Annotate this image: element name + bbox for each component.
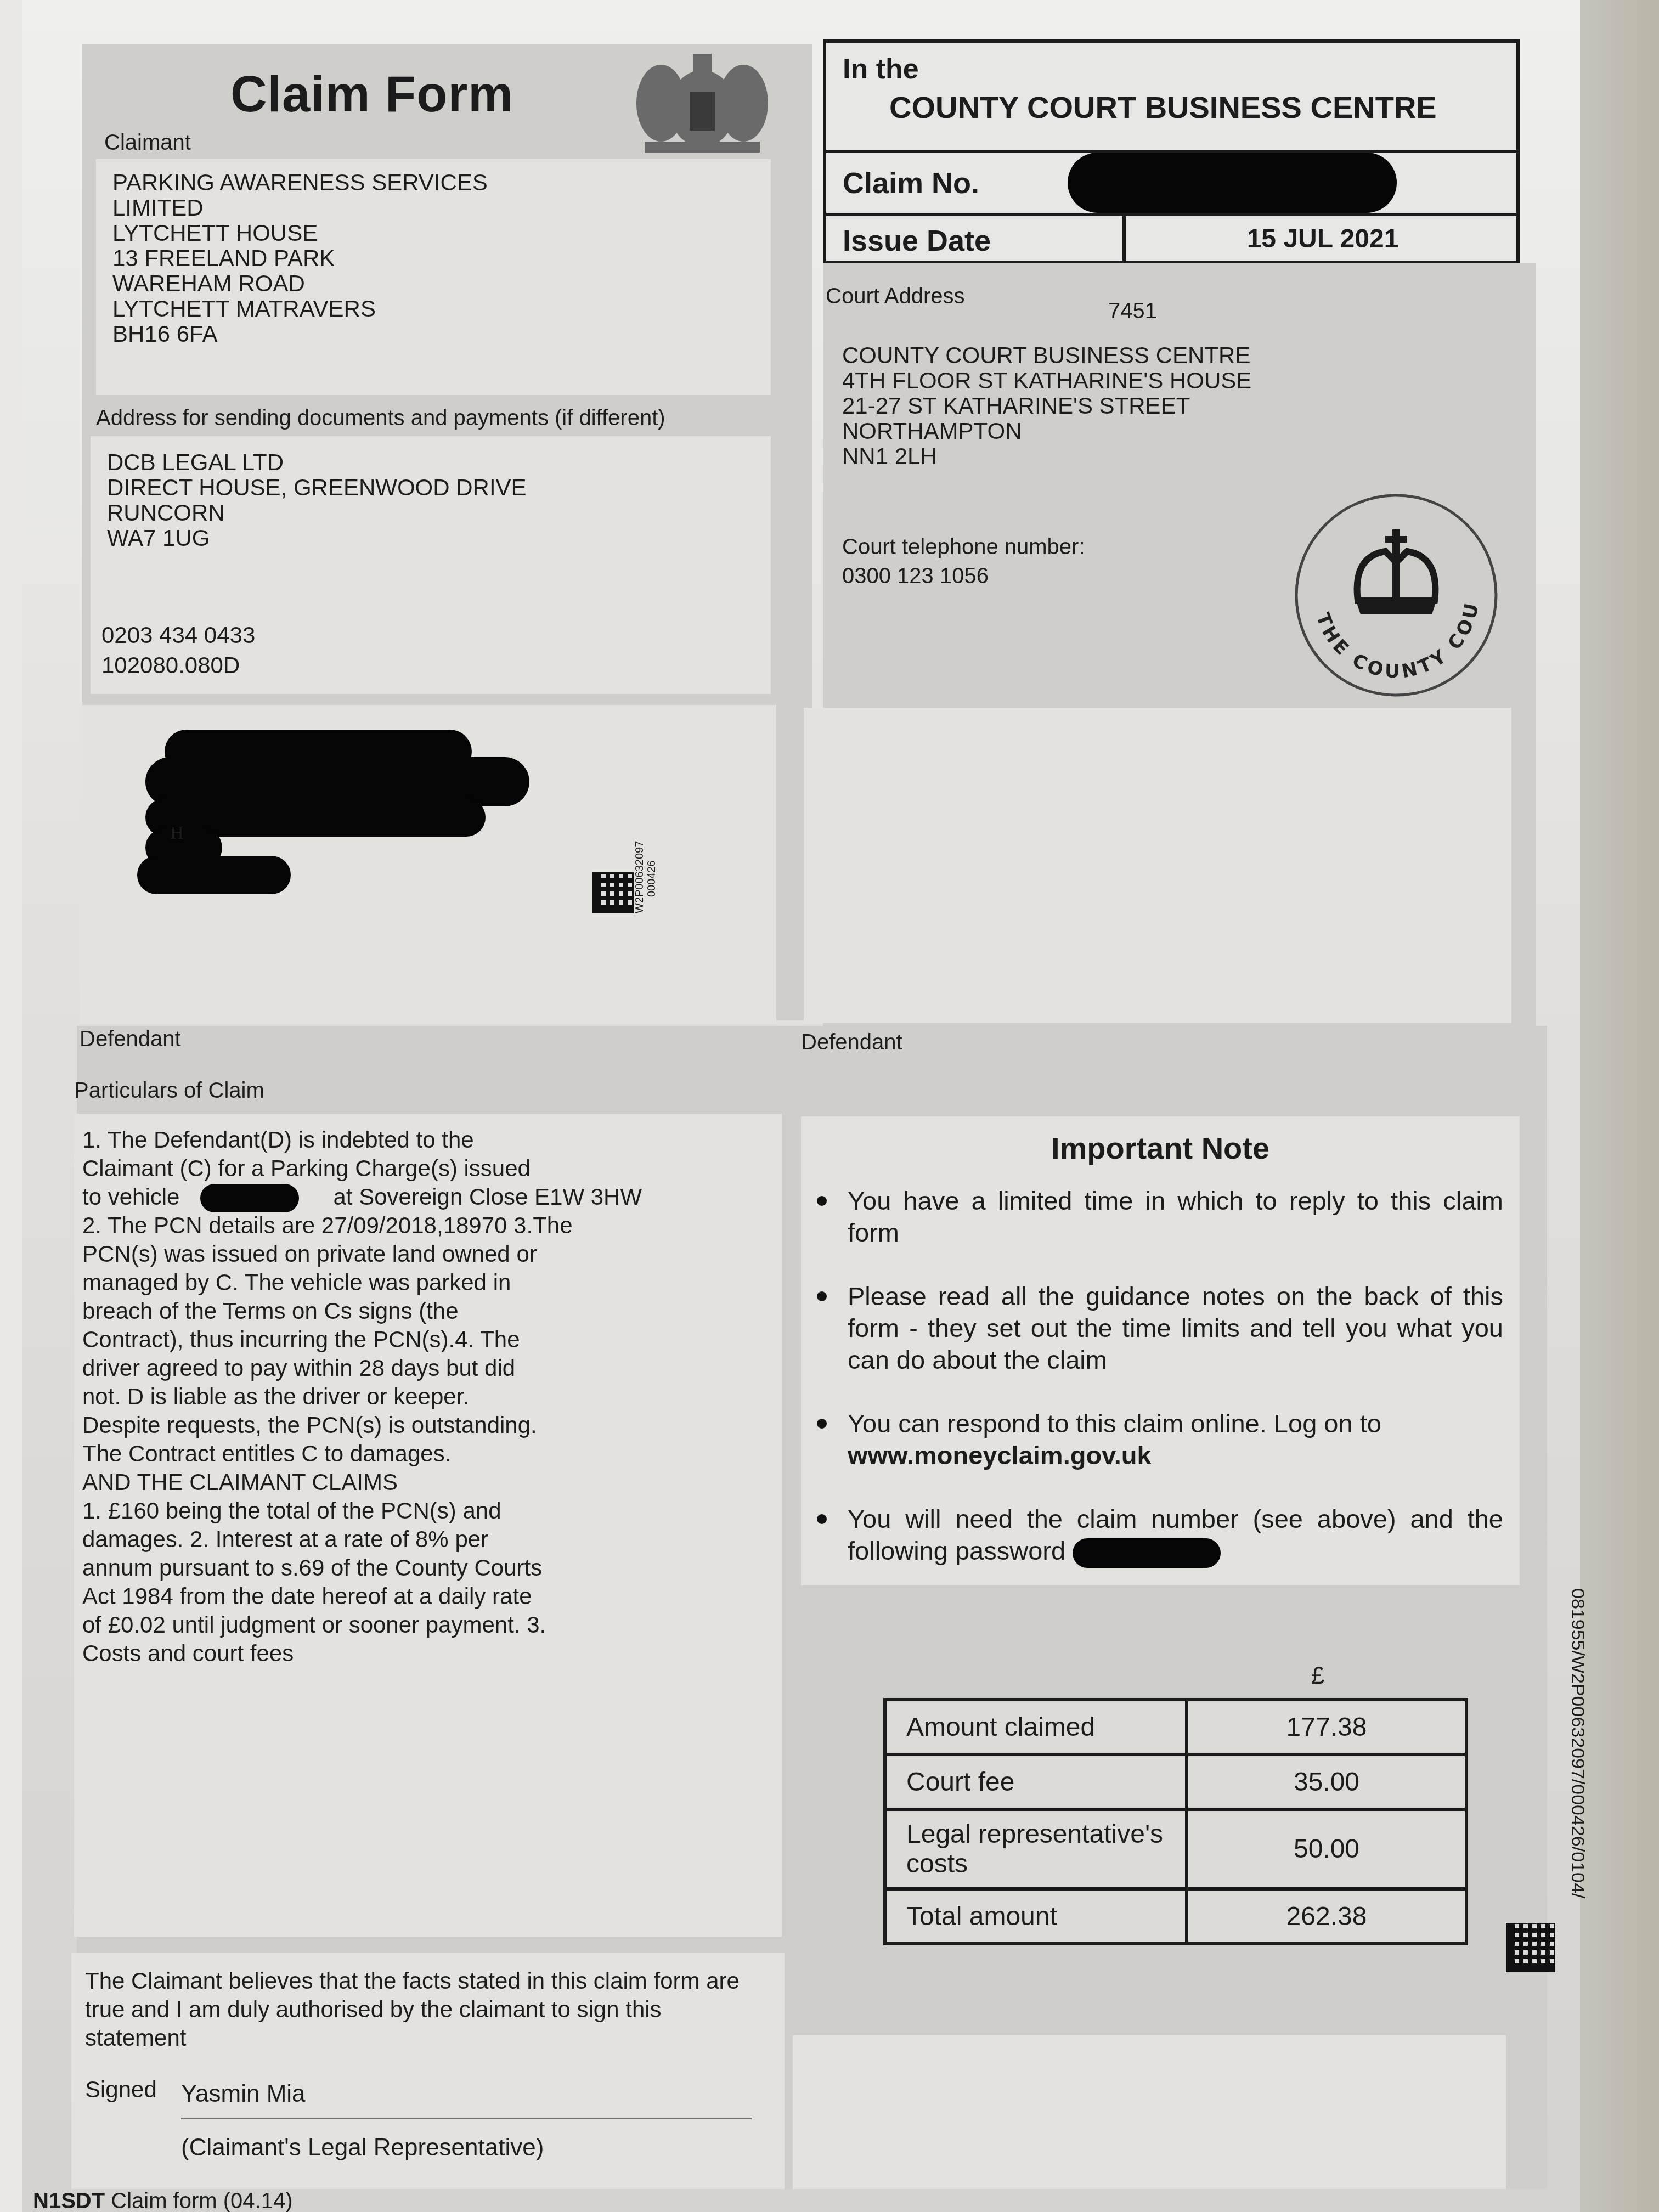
particulars-line: 2. The PCN details are 27/09/2018,18970 … bbox=[82, 1211, 782, 1240]
court-phone-label: Court telephone number: bbox=[842, 535, 1085, 560]
important-note-list: You have a limited time in which to repl… bbox=[801, 1166, 1520, 1568]
amount-row: Total amount 262.38 bbox=[885, 1889, 1466, 1944]
claimant-line: WAREHAM ROAD bbox=[112, 271, 771, 296]
defendant-fragment: H bbox=[170, 823, 184, 844]
particulars-line: AND THE CLAIMANT CLAIMS bbox=[82, 1468, 782, 1497]
sending-address-line: DIRECT HOUSE, GREENWOOD DRIVE bbox=[107, 475, 771, 500]
issue-date-value: 15 JUL 2021 bbox=[1128, 224, 1517, 254]
defendant-label-left: Defendant bbox=[80, 1027, 181, 1052]
claim-form-sheet: Claim Form Claimant PARKING AWARENESS SE… bbox=[22, 0, 1580, 2212]
datamatrix-barcode-icon bbox=[1506, 1923, 1555, 1972]
particulars-line: The Contract entitles C to damages. bbox=[82, 1440, 782, 1468]
particulars-line: Contract), thus incurring the PCN(s).4. … bbox=[82, 1325, 782, 1354]
form-code: N1SDT bbox=[33, 2189, 105, 2212]
defendant-redaction bbox=[137, 856, 291, 894]
particulars-text: 1. The Defendant(D) is indebted to the C… bbox=[74, 1114, 782, 1668]
barcode-line: 000426 bbox=[646, 841, 658, 913]
claimant-line: 13 FREELAND PARK bbox=[112, 246, 771, 271]
currency-symbol: £ bbox=[1311, 1662, 1324, 1690]
particulars-line: Act 1984 from the date hereof at a daily… bbox=[82, 1582, 782, 1611]
sending-address-label: Address for sending documents and paymen… bbox=[96, 406, 665, 431]
court-name: COUNTY COURT BUSINESS CENTRE bbox=[889, 89, 1437, 125]
signature-line bbox=[181, 2118, 752, 2119]
note-item: You can respond to this claim online. Lo… bbox=[809, 1408, 1503, 1471]
court-address-line: 21-27 ST KATHARINE'S STREET bbox=[842, 393, 1251, 419]
bullet-icon bbox=[817, 1419, 827, 1429]
signatory-role: (Claimant's Legal Representative) bbox=[181, 2134, 544, 2162]
defendant-panel-right bbox=[804, 708, 1511, 1023]
particulars-line: Despite requests, the PCN(s) is outstand… bbox=[82, 1411, 782, 1440]
side-reference: 081955/W2P00632097/000426/0104/ bbox=[1567, 1588, 1588, 1898]
note-item: Please read all the guidance notes on th… bbox=[809, 1280, 1503, 1376]
note-item: You will need the claim number (see abov… bbox=[809, 1503, 1503, 1568]
defendant-label-right: Defendant bbox=[801, 1030, 902, 1055]
barcode-line: W2P00632097 bbox=[634, 841, 646, 913]
court-address-line: NORTHAMPTON bbox=[842, 419, 1251, 444]
bullet-icon bbox=[817, 1291, 827, 1301]
sending-phone: 0203 434 0433 bbox=[101, 623, 255, 648]
court-address-label: Court Address bbox=[826, 284, 964, 309]
particulars-line: Costs and court fees bbox=[82, 1639, 782, 1668]
particulars-line: 1. £160 being the total of the PCN(s) an… bbox=[82, 1497, 782, 1525]
signed-label: Signed bbox=[85, 2076, 157, 2103]
court-box: In the COUNTY COURT BUSINESS CENTRE Clai… bbox=[823, 39, 1520, 264]
county-court-seal: THE COUNTY COURT bbox=[1292, 491, 1500, 699]
divider bbox=[826, 213, 1516, 216]
amount-row: Amount claimed 177.38 bbox=[885, 1700, 1466, 1754]
particulars-line: managed by C. The vehicle was parked in bbox=[82, 1268, 782, 1297]
court-address-line: 4TH FLOOR ST KATHARINE'S HOUSE bbox=[842, 368, 1251, 393]
claimant-line: LYTCHETT HOUSE bbox=[112, 221, 771, 246]
court-phone: 0300 123 1056 bbox=[842, 564, 989, 589]
issue-date-label: Issue Date bbox=[843, 224, 991, 258]
claimant-line: LYTCHETT MATRAVERS bbox=[112, 296, 771, 321]
particulars-line: of £0.02 until judgment or sooner paymen… bbox=[82, 1611, 782, 1639]
amount-row: Court fee 35.00 bbox=[885, 1754, 1466, 1809]
footer: N1SDT Claim form (04.14) bbox=[33, 2189, 292, 2212]
claimant-label: Claimant bbox=[104, 131, 191, 155]
website-link[interactable]: www.moneyclaim.gov.uk bbox=[848, 1441, 1152, 1470]
form-name: Claim form (04.14) bbox=[111, 2189, 292, 2212]
sending-address-line: DCB LEGAL LTD bbox=[107, 450, 771, 475]
crown-icon bbox=[1355, 529, 1437, 614]
royal-coat-of-arms-icon bbox=[628, 48, 776, 158]
particulars-line: not. D is liable as the driver or keeper… bbox=[82, 1383, 782, 1411]
court-address-line: NN1 2LH bbox=[842, 444, 1251, 469]
claim-no-label: Claim No. bbox=[843, 166, 979, 200]
important-note-title: Important Note bbox=[801, 1130, 1520, 1166]
particulars-line: to vehicle at Sovereign Close E1W 3HW bbox=[82, 1183, 782, 1211]
particulars-line: damages. 2. Interest at a rate of 8% per bbox=[82, 1525, 782, 1554]
particulars-line: driver agreed to pay within 28 days but … bbox=[82, 1354, 782, 1383]
sending-address-line: WA7 1UG bbox=[107, 526, 771, 551]
claimant-panel: PARKING AWARENESS SERVICES LIMITED LYTCH… bbox=[96, 159, 771, 395]
datamatrix-barcode-icon bbox=[592, 872, 634, 913]
sending-address-panel: DCB LEGAL LTD DIRECT HOUSE, GREENWOOD DR… bbox=[91, 436, 771, 694]
claimant-line: LIMITED bbox=[112, 195, 771, 221]
sending-reference: 102080.080D bbox=[101, 653, 240, 678]
divider bbox=[1122, 213, 1126, 265]
particulars-label: Particulars of Claim bbox=[74, 1079, 264, 1103]
important-note-panel: Important Note You have a limited time i… bbox=[801, 1116, 1520, 1585]
claimant-address: PARKING AWARENESS SERVICES LIMITED LYTCH… bbox=[96, 159, 771, 347]
court-use-panel bbox=[793, 2035, 1506, 2189]
password-redaction bbox=[1073, 1538, 1221, 1568]
barcode-reference: W2P00632097 000426 bbox=[634, 841, 658, 913]
particulars-line: annum pursuant to s.69 of the County Cou… bbox=[82, 1554, 782, 1582]
defendant-panel-left: H W2P00632097 000426 bbox=[80, 705, 776, 1023]
bullet-icon bbox=[817, 1196, 827, 1206]
statement-panel: The Claimant believes that the facts sta… bbox=[71, 1953, 785, 2189]
seal-text: THE COUNTY COURT bbox=[1292, 491, 1483, 682]
court-address: COUNTY COURT BUSINESS CENTRE 4TH FLOOR S… bbox=[842, 343, 1251, 469]
particulars-line: breach of the Terms on Cs signs (the bbox=[82, 1297, 782, 1325]
vehicle-redaction bbox=[200, 1184, 299, 1212]
claim-no-redaction bbox=[1068, 153, 1397, 213]
claimant-line: PARKING AWARENESS SERVICES bbox=[112, 170, 771, 195]
amounts-table: Amount claimed 177.38 Court fee 35.00 Le… bbox=[883, 1698, 1468, 1945]
claimant-line: BH16 6FA bbox=[112, 321, 771, 347]
signatory-name: Yasmin Mia bbox=[181, 2080, 306, 2108]
svg-text:THE COUNTY COURT: THE COUNTY COURT bbox=[1292, 491, 1483, 682]
note-item: You have a limited time in which to repl… bbox=[809, 1185, 1503, 1249]
amount-row: Legal representative's costs 50.00 bbox=[885, 1809, 1466, 1889]
particulars-line: PCN(s) was issued on private land owned … bbox=[82, 1240, 782, 1268]
sending-address-line: RUNCORN bbox=[107, 500, 771, 526]
sending-address: DCB LEGAL LTD DIRECT HOUSE, GREENWOOD DR… bbox=[91, 436, 771, 551]
court-address-line: COUNTY COURT BUSINESS CENTRE bbox=[842, 343, 1251, 368]
particulars-line: 1. The Defendant(D) is indebted to the bbox=[82, 1126, 782, 1154]
statement-text: The Claimant believes that the facts sta… bbox=[71, 1953, 785, 2052]
particulars-panel: 1. The Defendant(D) is indebted to the C… bbox=[74, 1114, 782, 1937]
court-code: 7451 bbox=[1108, 299, 1157, 324]
particulars-line: Claimant (C) for a Parking Charge(s) iss… bbox=[82, 1154, 782, 1183]
bullet-icon bbox=[817, 1514, 827, 1524]
in-the-label: In the bbox=[843, 53, 919, 86]
page-title: Claim Form bbox=[230, 66, 513, 123]
